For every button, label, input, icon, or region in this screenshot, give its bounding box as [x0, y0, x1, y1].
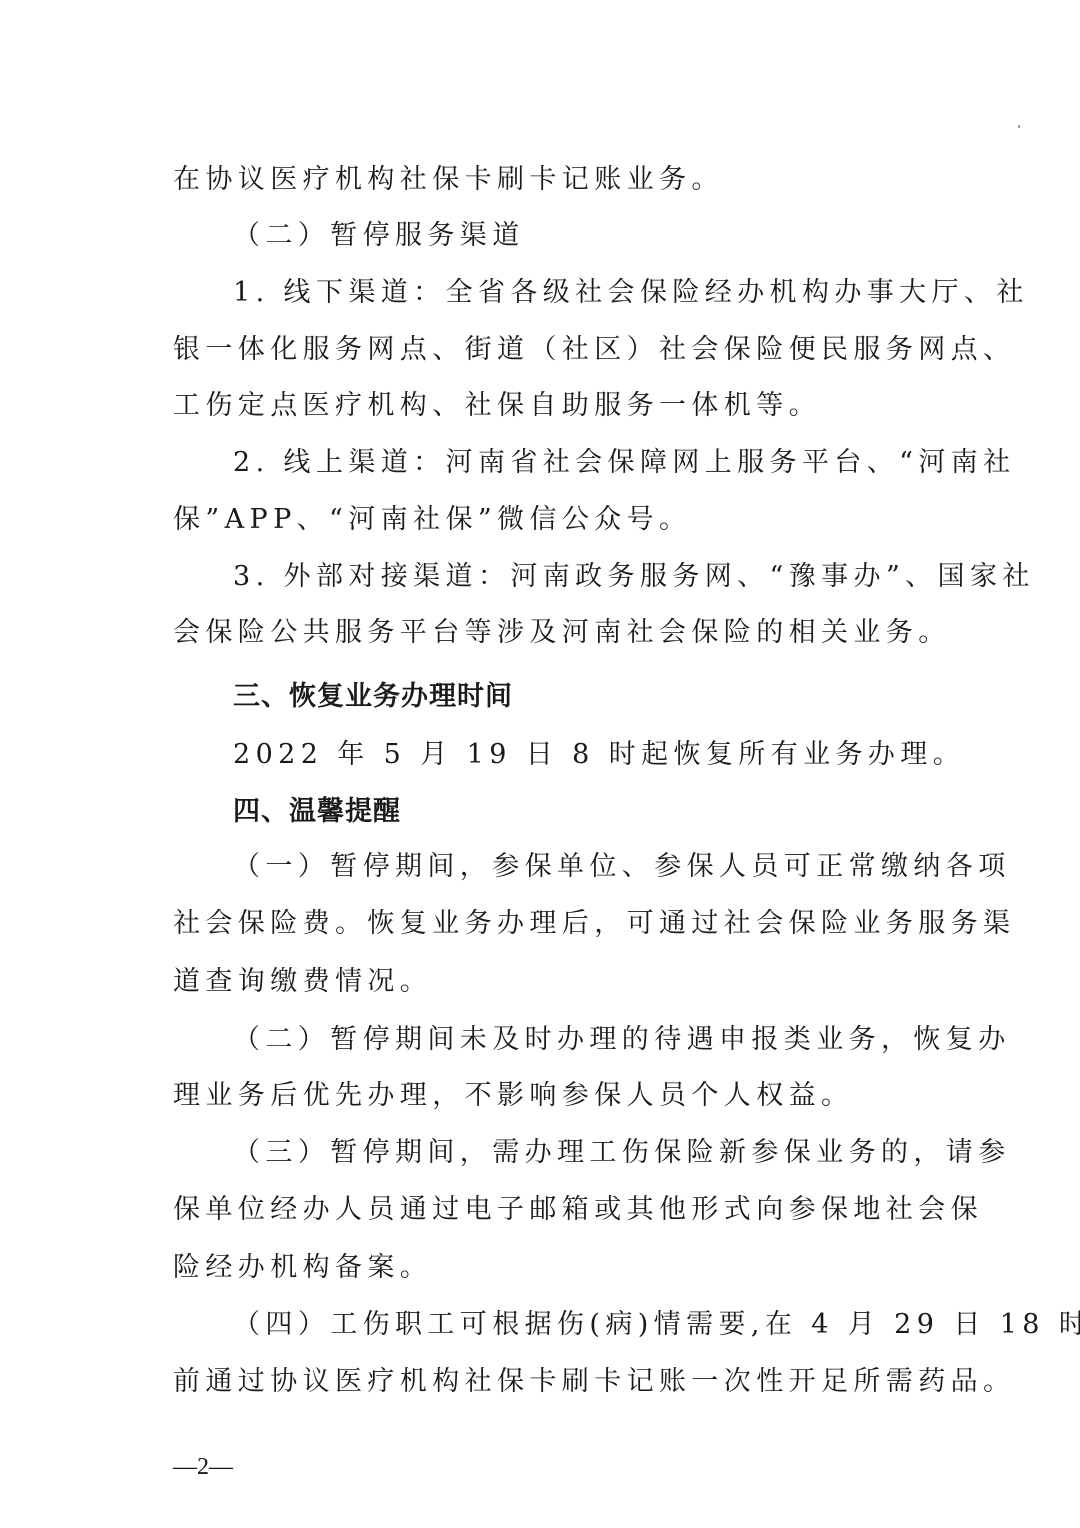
paragraph-line: （三）暂停期间，需办理工伤保险新参保业务的，请参: [233, 1136, 993, 1170]
paragraph-line: （一）暂停期间，参保单位、参保人员可正常缴纳各项: [233, 850, 993, 884]
paragraph-line: 道查询缴费情况。: [173, 965, 933, 999]
paragraph-line: 银一体化服务网点、街道（社区）社会保险便民服务网点、: [173, 333, 933, 367]
paragraph-line: 保”APP、“河南社保”微信公众号。: [173, 503, 933, 537]
paragraph-line: 在协议医疗机构社保卡刷卡记账业务。: [173, 163, 933, 197]
paragraph-line: （四）工伤职工可根据伤(病)情需要,在 4 月 29 日 18 时: [233, 1308, 993, 1342]
scan-speck: [1018, 125, 1020, 128]
paragraph-line: 险经办机构备案。: [173, 1251, 933, 1285]
section-heading-reminders: 四、温馨提醒: [233, 795, 993, 829]
section-heading-resume-time: 三、恢复业务办理时间: [233, 680, 993, 714]
paragraph-line: 保单位经办人员通过电子邮箱或其他形式向参保地社会保: [173, 1193, 933, 1227]
paragraph-line: （二）暂停期间未及时办理的待遇申报类业务，恢复办: [233, 1023, 993, 1057]
paragraph-line: 会保险公共服务平台等涉及河南社会保险的相关业务。: [173, 616, 933, 650]
paragraph-line: 3. 外部对接渠道：河南政务服务网、“豫事办”、国家社: [233, 560, 993, 594]
paragraph-line: 前通过协议医疗机构社保卡刷卡记账一次性开足所需药品。: [173, 1365, 933, 1399]
paragraph-line: 1. 线下渠道：全省各级社会保险经办机构办事大厅、社: [233, 276, 993, 310]
paragraph-line: 理业务后优先办理，不影响参保人员个人权益。: [173, 1079, 933, 1113]
paragraph-line: 工伤定点医疗机构、社保自助服务一体机等。: [173, 389, 933, 423]
paragraph-line: 2022 年 5 月 19 日 8 时起恢复所有业务办理。: [233, 738, 993, 772]
paragraph-line: 社会保险费。恢复业务办理后，可通过社会保险业务服务渠: [173, 907, 933, 941]
subsection-heading: （二）暂停服务渠道: [233, 219, 993, 253]
document-page: 在协议医疗机构社保卡刷卡记账业务。 （二）暂停服务渠道 1. 线下渠道：全省各级…: [0, 0, 1080, 1528]
paragraph-line: 2. 线上渠道：河南省社会保障网上服务平台、“河南社: [233, 446, 993, 480]
page-number: —2—: [173, 1452, 233, 1482]
